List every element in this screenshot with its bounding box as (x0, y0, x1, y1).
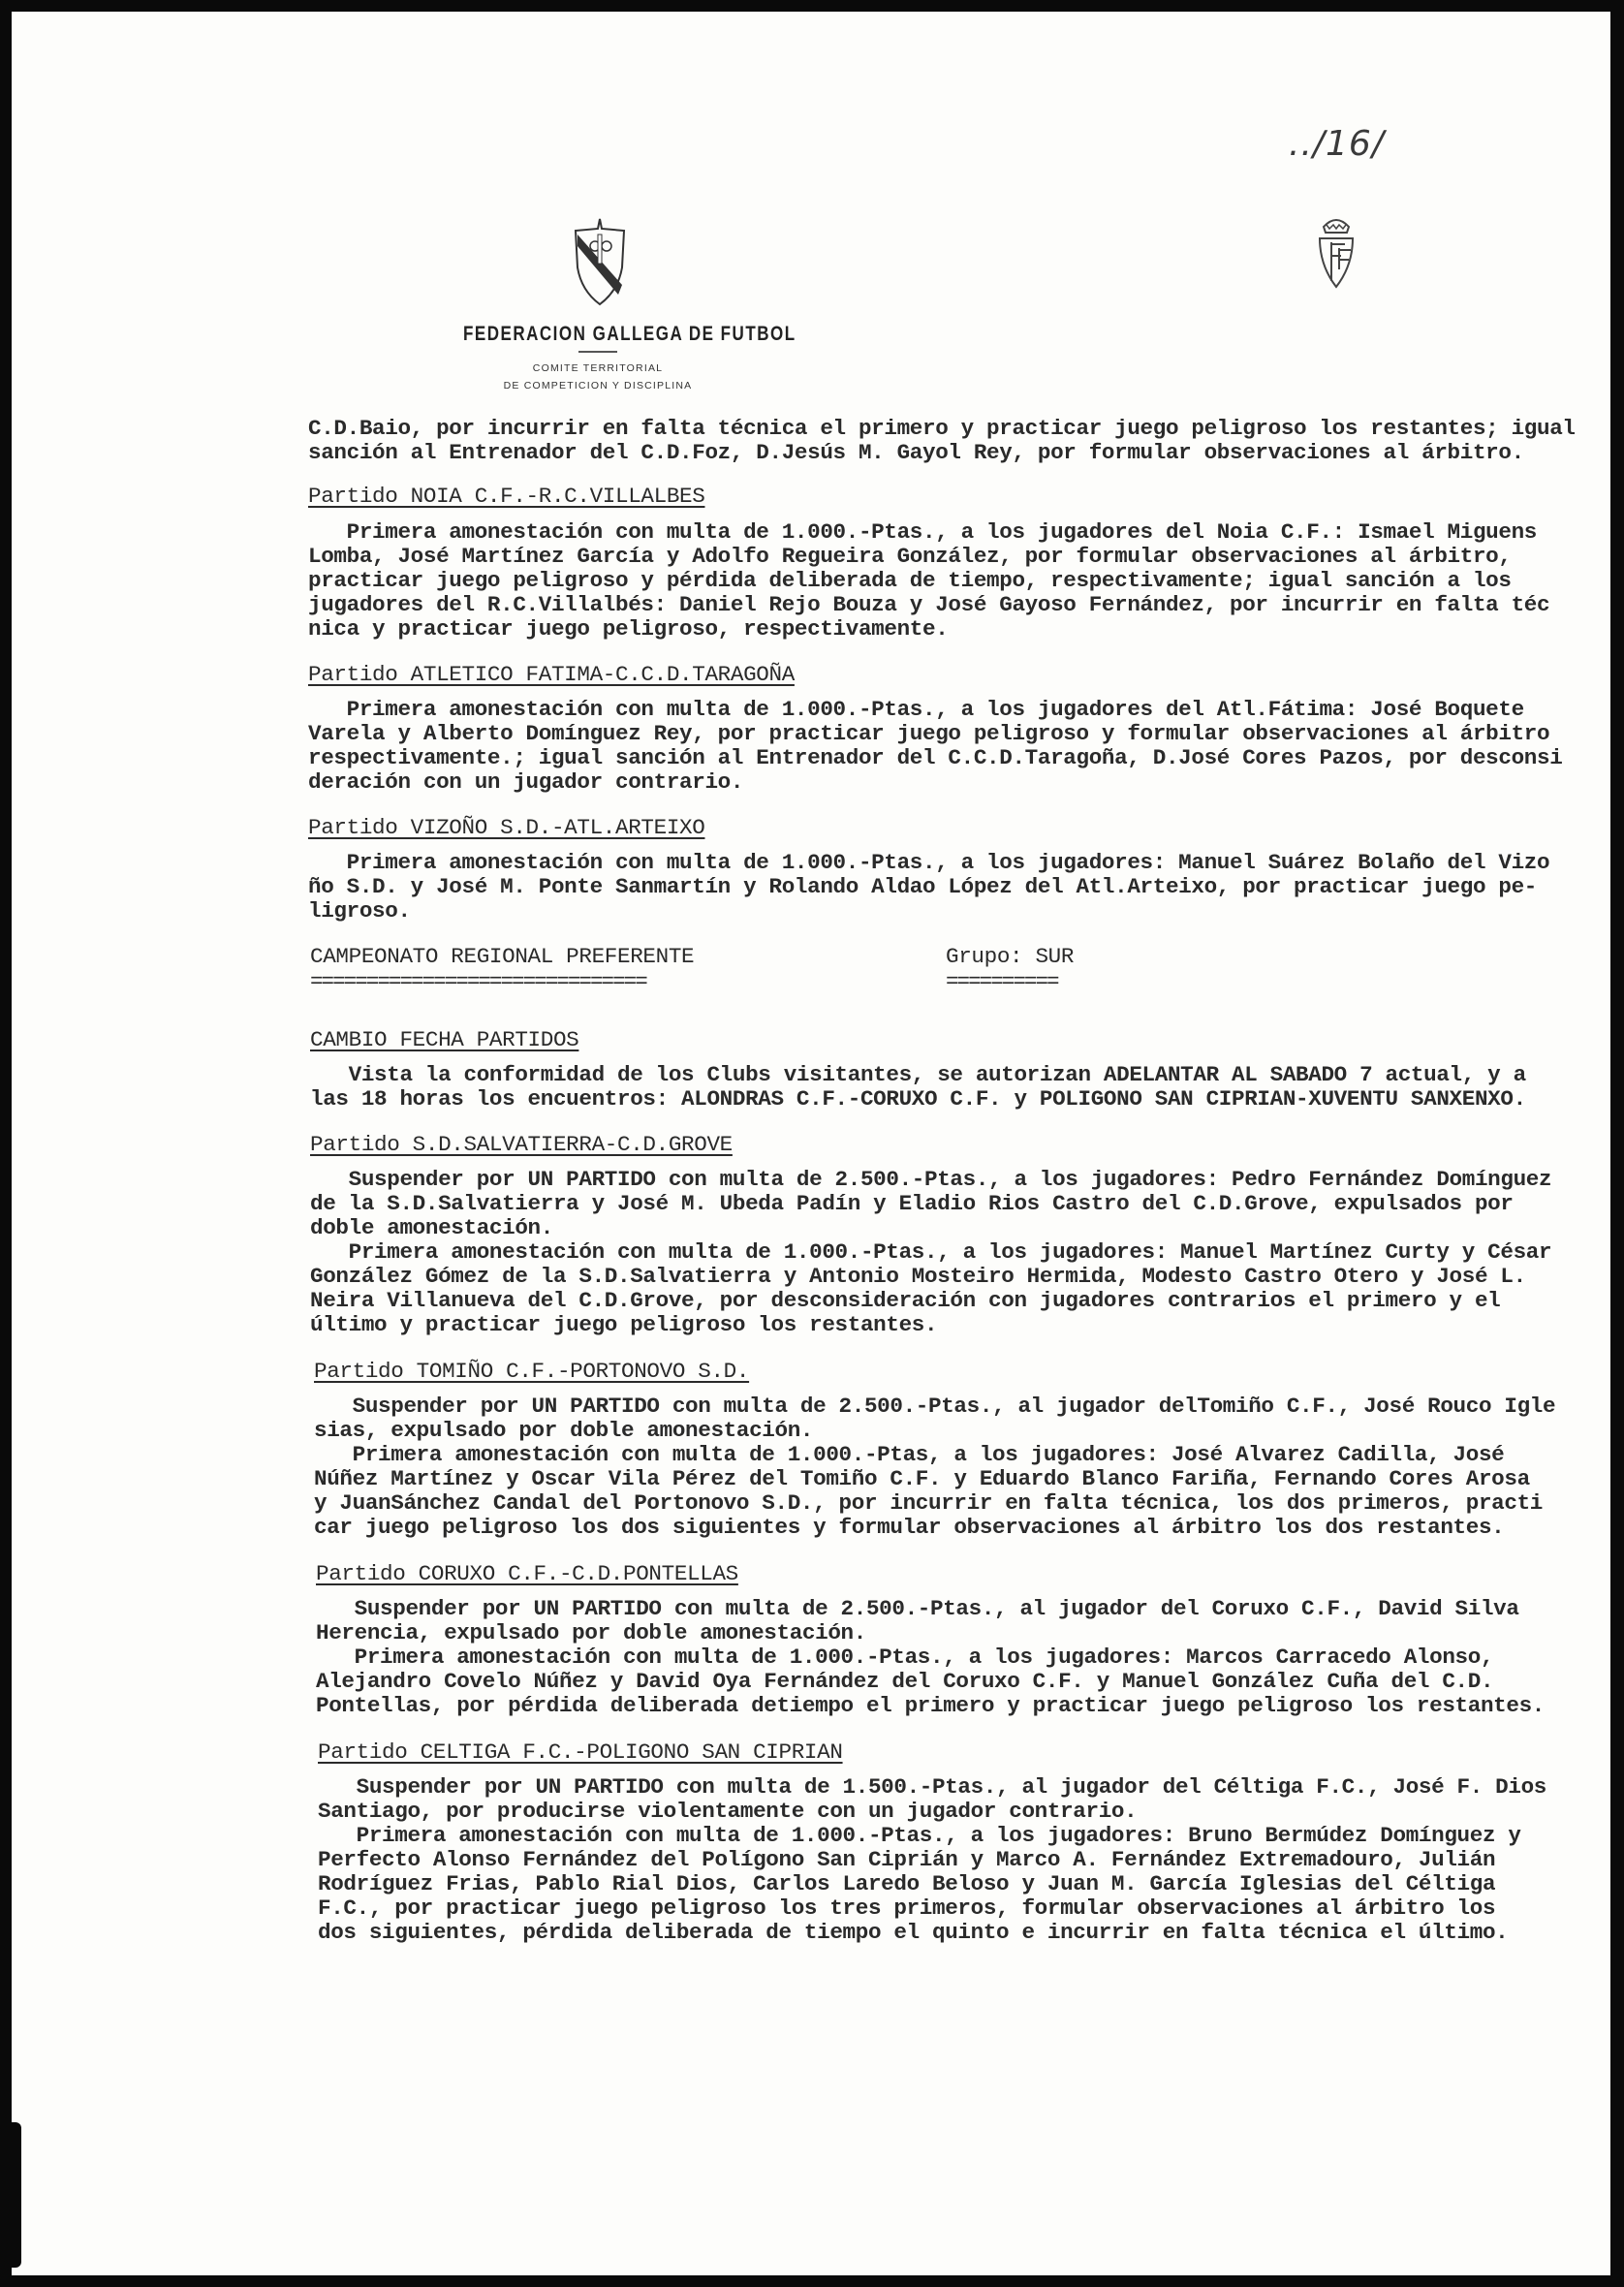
section-heading-fatima-taragona: Partido ATLETICO FATIMA-C.C.D.TARAGOÑA (308, 663, 795, 687)
scan-edge-artifact (12, 2122, 21, 2268)
spanish-federation-crest-icon (1310, 211, 1362, 291)
body-line: Suspender por UN PARTIDO con multa de 2.… (310, 1168, 1551, 1192)
body-line: Rodríguez Frias, Pablo Rial Dios, Carlos… (318, 1872, 1495, 1896)
body-line: y JuanSánchez Candal del Portonovo S.D.,… (314, 1491, 1543, 1516)
body-line: Suspender por UN PARTIDO con multa de 2.… (314, 1394, 1555, 1419)
body-line: Primera amonestación con multa de 1.000.… (314, 1443, 1504, 1467)
section-heading-salvatierra-grove: Partido S.D.SALVATIERRA-C.D.GROVE (310, 1133, 733, 1157)
body-line: Lomba, José Martínez García y Adolfo Reg… (308, 545, 1512, 569)
body-line: Santiago, por producirse violentamente c… (318, 1800, 1137, 1824)
body-line: Vista la conformidad de los Clubs visita… (310, 1063, 1526, 1087)
body-line: practicar juego peligroso y pérdida deli… (308, 569, 1512, 593)
body-line: Primera amonestación con multa de 1.000.… (316, 1645, 1493, 1670)
championship-title-rule: ============================== (310, 970, 646, 994)
body-line: Núñez Martínez y Oscar Vila Pérez del To… (314, 1467, 1530, 1491)
header-divider (578, 351, 617, 353)
body-line: jugadores del R.C.Villalbés: Daniel Rejo… (308, 593, 1549, 617)
body-line: Pontellas, por pérdida deliberada detiem… (316, 1694, 1545, 1718)
body-line: ligroso. (308, 899, 411, 924)
body-line: Herencia, expulsado por doble amonestaci… (316, 1621, 866, 1645)
section-heading-coruxo-pontellas: Partido CORUXO C.F.-C.D.PONTELLAS (316, 1562, 738, 1586)
continuation-line: C.D.Baio, por incurrir en falta técnica … (308, 417, 1576, 441)
body-line: las 18 horas los encuentros: ALONDRAS C.… (310, 1087, 1526, 1112)
body-line: F.C., por practicar juego peligroso los … (318, 1896, 1495, 1921)
committee-line-2: DE COMPETICION Y DISCIPLINA (453, 380, 743, 392)
section-heading-celtiga-san-ciprian: Partido CELTIGA F.C.-POLIGONO SAN CIPRIA… (318, 1740, 843, 1765)
body-line: Neira Villanueva del C.D.Grove, por desc… (310, 1289, 1500, 1313)
body-line: Primera amonestación con multa de 1.000.… (308, 698, 1524, 722)
section-heading-tomino-portonovo: Partido TOMIÑO C.F.-PORTONOVO S.D. (314, 1360, 749, 1384)
continuation-line: sanción al Entrenador del C.D.Foz, D.Jes… (308, 441, 1524, 465)
body-line: sias, expulsado por doble amonestación. (314, 1419, 813, 1443)
section-heading-vizono-arteixo: Partido VIZOÑO S.D.-ATL.ARTEIXO (308, 816, 704, 840)
championship-group-rule: ========== (946, 970, 1058, 994)
body-line: Primera amonestación con multa de 1.000.… (318, 1824, 1521, 1848)
body-line: Suspender por UN PARTIDO con multa de 1.… (318, 1775, 1546, 1800)
section-heading-noia-villalbes: Partido NOIA C.F.-R.C.VILLALBES (308, 485, 704, 509)
body-line: Primera amonestación con multa de 1.000.… (308, 851, 1549, 875)
body-line: respectivamente.; igual sanción al Entre… (308, 746, 1562, 770)
championship-group: Grupo: SUR (946, 945, 1074, 969)
championship-title: CAMPEONATO REGIONAL PREFERENTE (310, 945, 694, 969)
body-line: González Gómez de la S.D.Salvatierra y A… (310, 1265, 1526, 1289)
body-line: Primera amonestación con multa de 1.000.… (310, 1240, 1551, 1265)
federation-name: FEDERACION GALLEGA DE FUTBOL (463, 322, 796, 346)
body-line: último y practicar juego peligroso los r… (310, 1313, 937, 1337)
body-line: de la S.D.Salvatierra y José M. Ubeda Pa… (310, 1192, 1514, 1216)
body-line: dos siguientes, pérdida deliberada de ti… (318, 1921, 1508, 1945)
galician-federation-crest-icon (572, 217, 628, 306)
body-line: doble amonestación. (310, 1216, 553, 1240)
body-line: nica y practicar juego peligroso, respec… (308, 617, 948, 642)
section-heading-date-change: CAMBIO FECHA PARTIDOS (310, 1028, 578, 1052)
body-line: Perfecto Alonso Fernández del Polígono S… (318, 1848, 1495, 1872)
body-line: car juego peligroso los dos siguientes y… (314, 1516, 1504, 1540)
committee-line-1: COMITE TERRITORIAL (453, 362, 743, 374)
body-line: Varela y Alberto Domínguez Rey, por prac… (308, 722, 1549, 746)
body-line: deración con un jugador contrario. (308, 770, 743, 795)
page-number: ../16/ (1289, 124, 1385, 164)
body-line: Primera amonestación con multa de 1.000.… (308, 520, 1537, 545)
body-line: ño S.D. y José M. Ponte Sanmartín y Rola… (308, 875, 1537, 899)
body-line: Alejandro Covelo Núñez y David Oya Ferná… (316, 1670, 1493, 1694)
body-line: Suspender por UN PARTIDO con multa de 2.… (316, 1597, 1519, 1621)
